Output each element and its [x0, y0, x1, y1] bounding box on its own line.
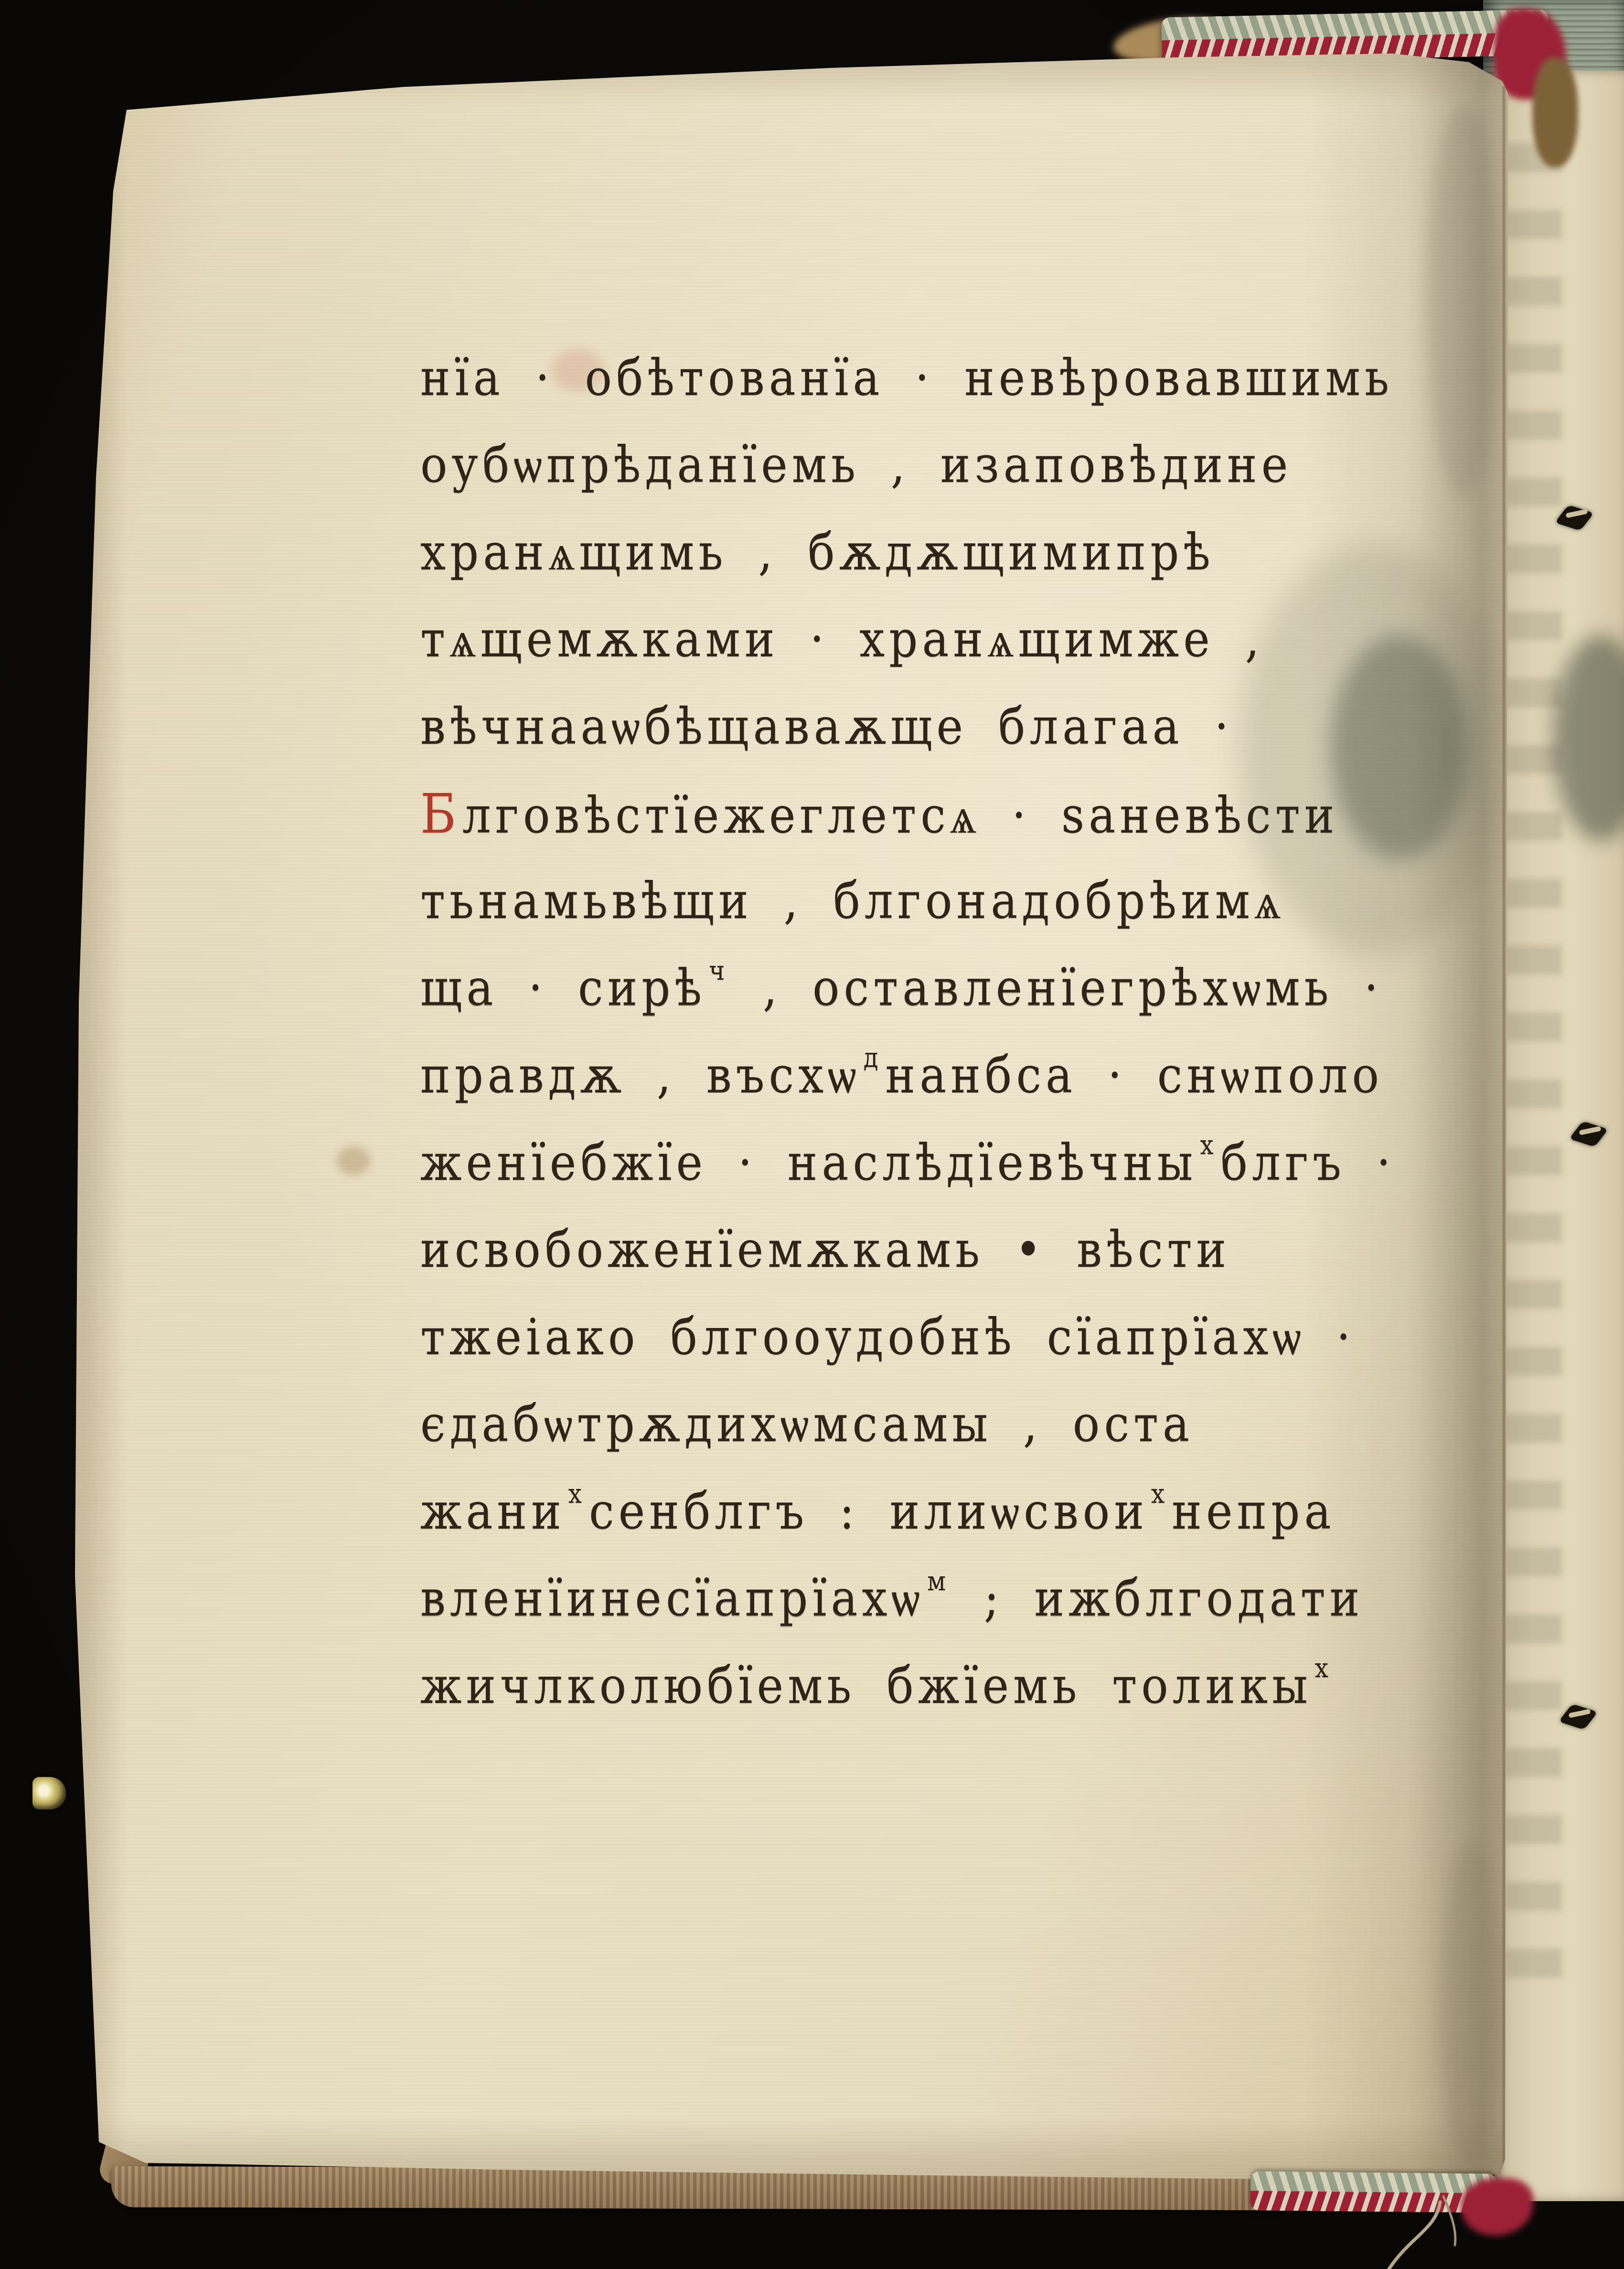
line-text: нанбса · снѡполо: [886, 1047, 1384, 1105]
manuscript-line: вленїинесїапрїахѡм ; ижблгодати: [420, 1555, 1466, 1643]
line-text: непра: [1172, 1483, 1335, 1541]
brass-pin: [32, 1777, 66, 1809]
line-text: нїа · обѣтованїа · невѣровавшимь: [420, 349, 1393, 407]
manuscript-line: нїа · обѣтованїа · невѣровавшимь: [420, 334, 1466, 422]
line-text: блгъ ·: [1221, 1134, 1395, 1192]
line-text: єдабѡтрѫдихѡмсамы , оста: [420, 1395, 1194, 1454]
manuscript-page: нїа · обѣтованїа · невѣровавшимьоубѡпрѣд…: [69, 48, 1512, 2183]
photographed-book: нїа · обѣтованїа · невѣровавшимьоубѡпрѣд…: [0, 0, 1624, 2269]
line-text: исвобоженїемѫкамь • вѣсти: [420, 1221, 1230, 1279]
line-text: сенблгъ : илиѡсвои: [589, 1483, 1148, 1541]
line-text: жичлколюбїемь бжїемь толикы: [420, 1657, 1312, 1715]
manuscript-line: оубѡпрѣданїемь , изаповѣдине: [420, 422, 1466, 509]
manuscript-text: нїа · обѣтованїа · невѣровавшимьоубѡпрѣд…: [420, 334, 1466, 1730]
line-text: жани: [420, 1483, 566, 1541]
line-text: вѣчнааѡбѣщаваѫще благаа ·: [420, 697, 1233, 756]
manuscript-line: єдабѡтрѫдихѡмсамы , оста: [420, 1381, 1466, 1468]
superscript-letter: ч: [709, 955, 729, 986]
superscript-letter: м: [927, 1565, 950, 1596]
page-fold-crease: [1503, 86, 1505, 2164]
superscript-letter: х: [1315, 1653, 1333, 1684]
line-text: оубѡпрѣданїемь , изаповѣдине: [420, 436, 1292, 494]
gutter-streaks: [1505, 143, 1562, 2006]
rubric-initial: Б: [420, 782, 460, 846]
line-text: тжеіако блгооудобнѣ сїапрїахѡ ·: [420, 1308, 1355, 1366]
manuscript-line: жанихсенблгъ : илиѡсвоихнепра: [420, 1468, 1466, 1555]
manuscript-line: вѣчнааѡбѣщаваѫще благаа ·: [420, 683, 1466, 771]
superscript-letter: х: [568, 1478, 586, 1509]
foxing-spot: [337, 1146, 370, 1175]
line-text: ; ижблгодати: [953, 1570, 1364, 1628]
line-text: женїебжїе · наслѣдїевѣчны: [420, 1134, 1197, 1192]
manuscript-line: хранѧщимь , бѫдѫщимипрѣ: [420, 509, 1466, 596]
superscript-letter: х: [1200, 1129, 1218, 1160]
manuscript-line: Блговѣстїежеглетсѧ · ѕаневѣсти: [420, 771, 1466, 858]
manuscript-line: правдѫ , въсхѡднанбса · снѡполо: [420, 1032, 1466, 1119]
spine-leather-scrap: [1532, 57, 1578, 167]
superscript-letter: х: [1151, 1478, 1169, 1509]
superscript-letter: д: [864, 1042, 883, 1073]
line-text: тьнамьвѣщи , блгонадобрѣимѧ: [420, 872, 1285, 931]
endband-loose-thread: [1361, 2188, 1505, 2269]
smudge-lower-margin: [1440, 1844, 1502, 2169]
line-text: правдѫ , въсхѡ: [420, 1047, 861, 1105]
line-text: ща · сирѣ: [420, 959, 706, 1017]
manuscript-line: ща · сирѣч , оставленїегрѣхѡмь ·: [420, 945, 1466, 1032]
line-text: вленїинесїапрїахѡ: [420, 1570, 924, 1628]
manuscript-line: тьнамьвѣщи , блгонадобрѣимѧ: [420, 857, 1466, 945]
line-text: , оставленїегрѣхѡмь ·: [732, 959, 1382, 1017]
manuscript-line: жичлколюбїемь бжїемь толикых: [420, 1642, 1466, 1730]
manuscript-line: женїебжїе · наслѣдїевѣчныхблгъ ·: [420, 1119, 1466, 1207]
manuscript-line: тжеіако блгооудобнѣ сїапрїахѡ ·: [420, 1294, 1466, 1381]
line-text: хранѧщимь , бѫдѫщимипрѣ: [420, 523, 1215, 581]
line-text: тѧщемѫками · хранѧщимже ,: [420, 610, 1264, 669]
manuscript-line: исвобоженїемѫкамь • вѣсти: [420, 1207, 1466, 1294]
manuscript-line: тѧщемѫками · хранѧщимже ,: [420, 596, 1466, 684]
line-text: лговѣстїежеглетсѧ · ѕаневѣсти: [462, 786, 1338, 845]
